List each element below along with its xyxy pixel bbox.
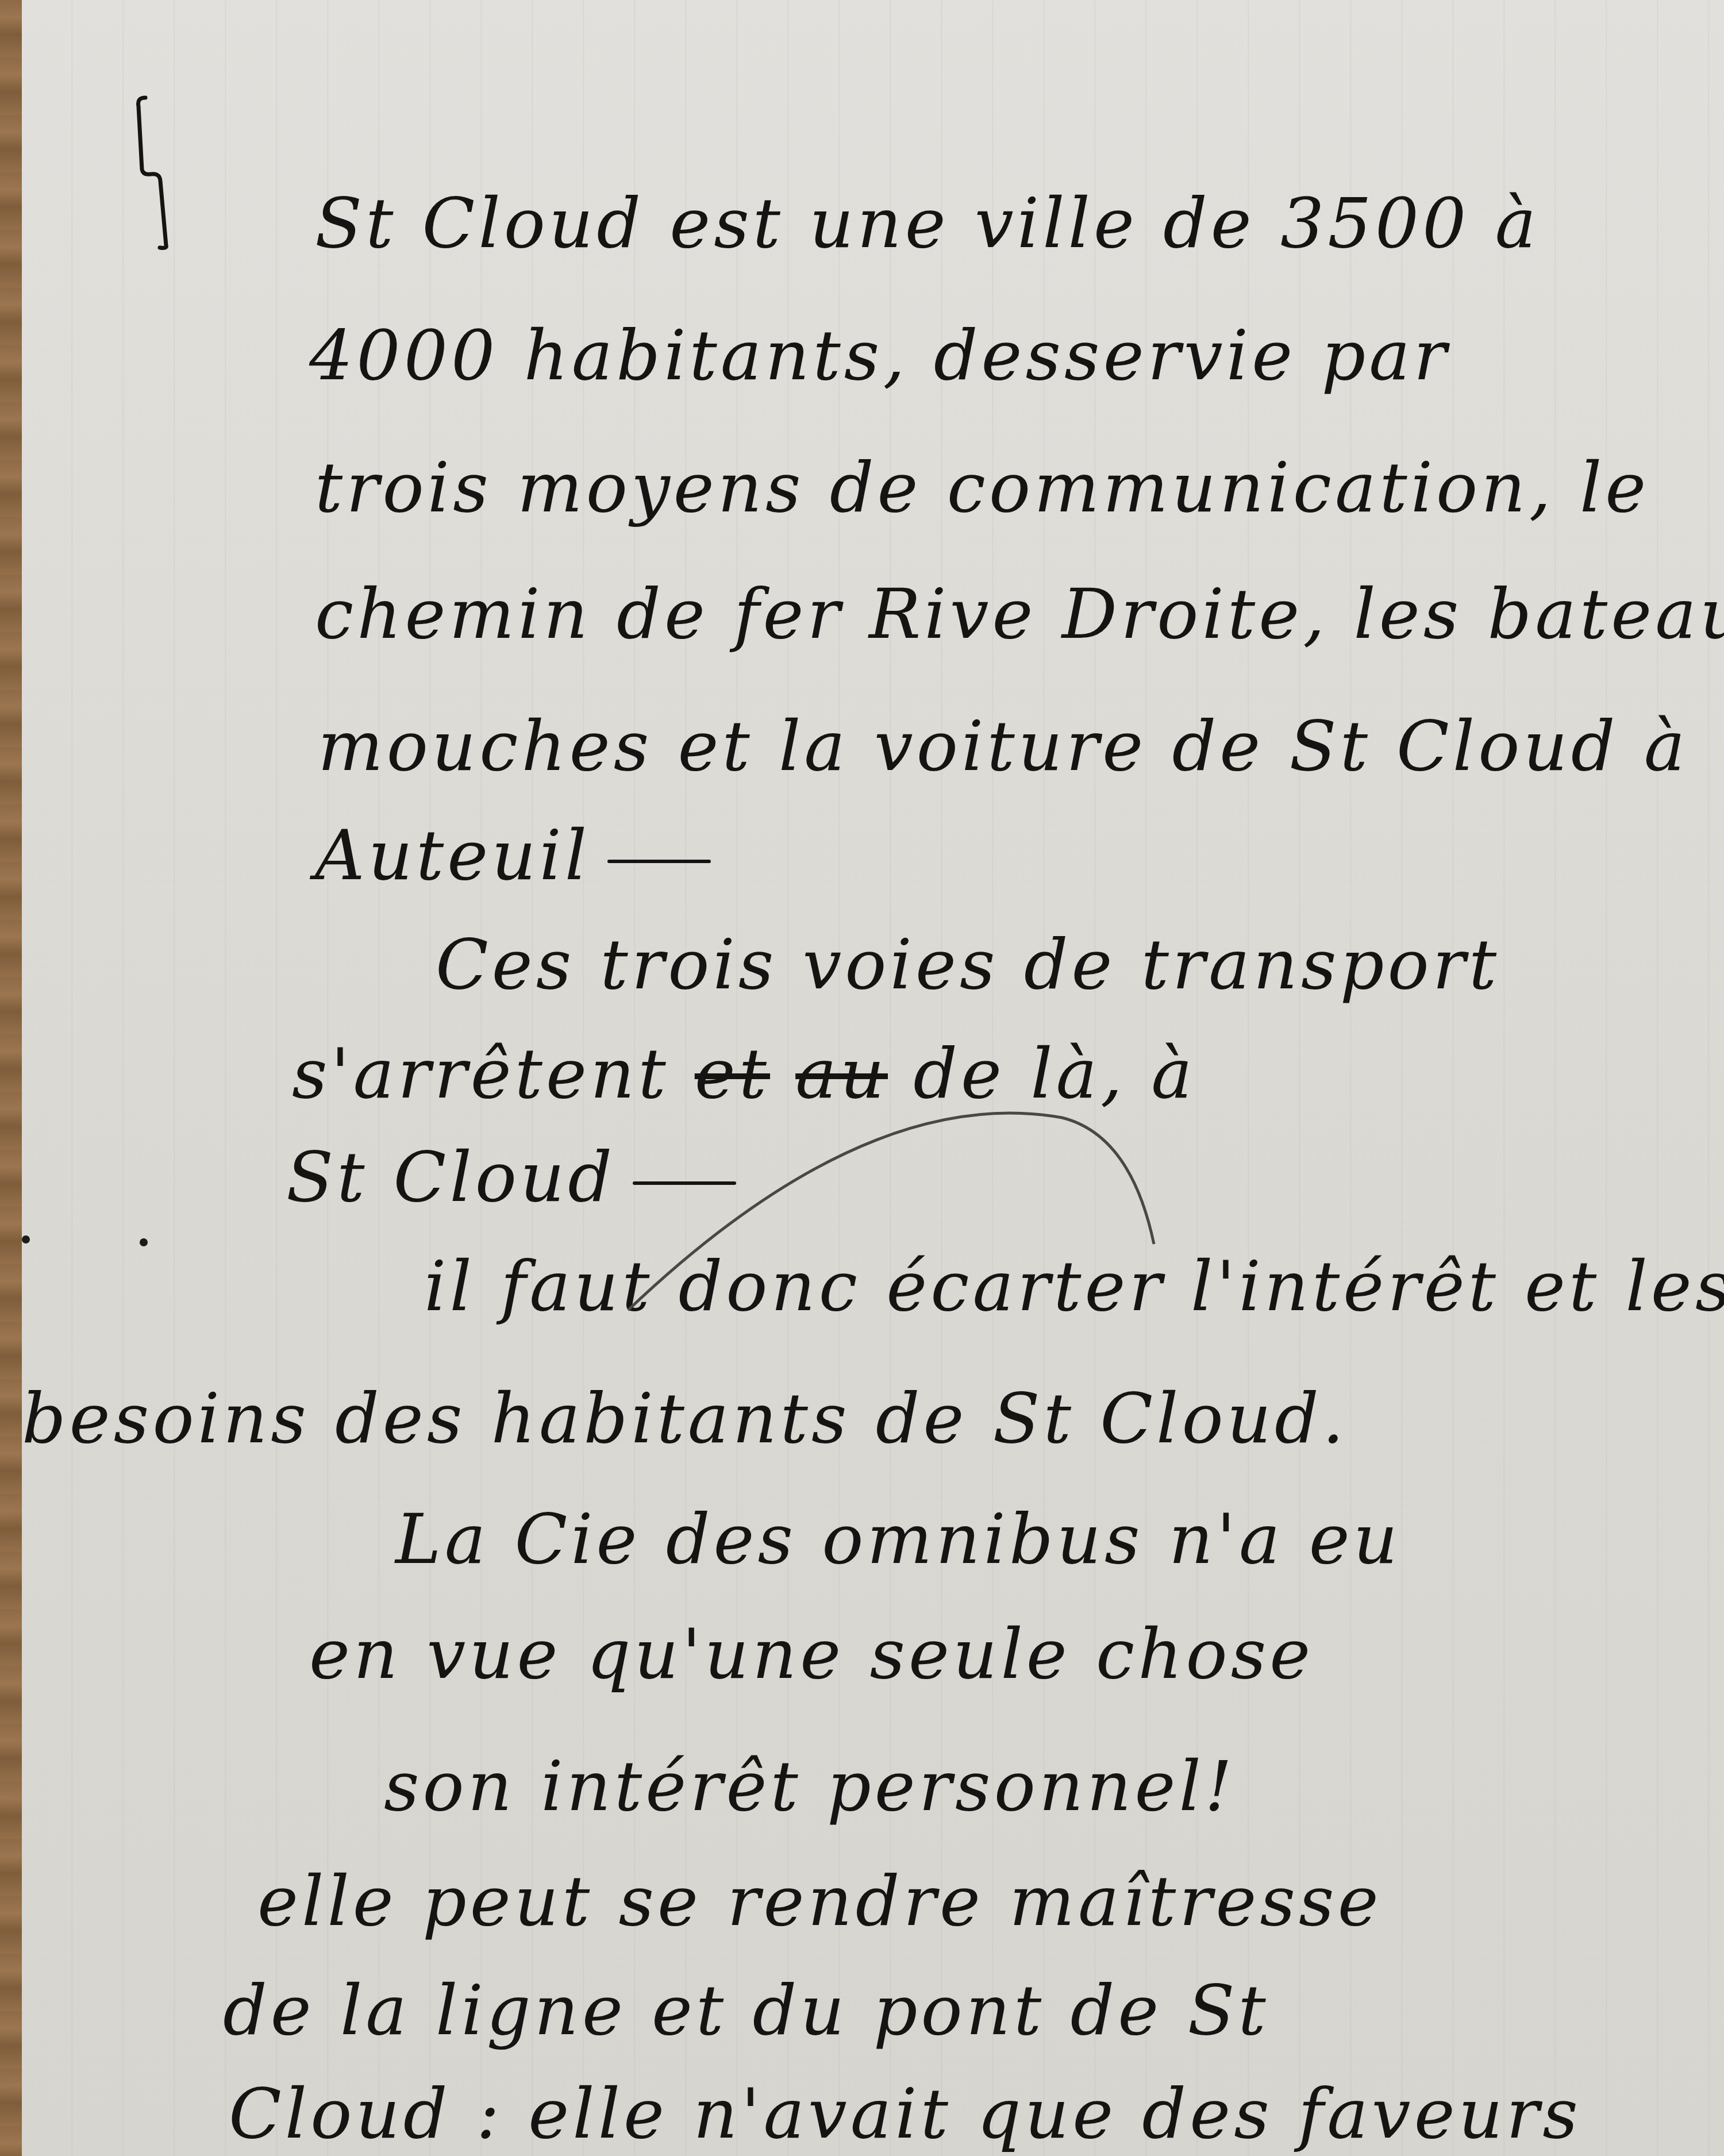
- manuscript-page: St Cloud est une ville de 3500 à 4000 ha…: [22, 0, 1724, 2156]
- line-text: La Cie des omnibus n'a eu: [395, 1500, 1401, 1580]
- manuscript-line: de la ligne et du pont de St: [223, 1977, 1269, 2046]
- desk-surface-edge: [0, 0, 22, 2156]
- manuscript-line: elle peut se rendre maîtresse: [257, 1868, 1382, 1936]
- manuscript-line: mouches et la voiture de St Cloud à: [318, 713, 1688, 781]
- line-text: Cloud : elle n'avait que des faveurs: [229, 2074, 1581, 2154]
- manuscript-line: en vue qu'une seule chose: [309, 1620, 1314, 1689]
- margin-bracket-icon: [134, 95, 174, 250]
- insertion-arc-mark: [625, 1106, 1372, 1313]
- line-text: elle peut se rendre maîtresse: [257, 1862, 1382, 1942]
- line-text: mouches et la voiture de St Cloud à: [318, 707, 1688, 787]
- line-text: son intérêt personnel!: [384, 1747, 1236, 1827]
- ink-dot: [140, 1238, 148, 1246]
- line-text: trois moyens de communication, le: [315, 448, 1649, 528]
- line-text: 4000 habitants, desservie par: [309, 316, 1450, 396]
- manuscript-line: St Cloud est une ville de 3500 à: [315, 190, 1540, 259]
- manuscript-line: La Cie des omnibus n'a eu: [395, 1506, 1401, 1574]
- manuscript-line: besoins des habitants de St Cloud.: [22, 1385, 1348, 1454]
- line-text: chemin de fer Rive Droite, les bateaux: [315, 575, 1724, 654]
- manuscript-line: 4000 habitants, desservie par: [309, 322, 1450, 391]
- line-text: s'arrêtent: [292, 1034, 669, 1114]
- struck-word: au: [795, 1034, 888, 1114]
- line-text: besoins des habitants de St Cloud.: [22, 1379, 1348, 1459]
- manuscript-line: Cloud : elle n'avait que des faveurs: [229, 2080, 1581, 2149]
- line-text: St Cloud est une ville de 3500 à: [315, 184, 1540, 264]
- dash-mark: [607, 860, 711, 863]
- ink-dot: [22, 1235, 30, 1243]
- manuscript-line: Ces trois voies de transport: [436, 931, 1500, 1000]
- manuscript-line: chemin de fer Rive Droite, les bateaux: [315, 580, 1724, 649]
- line-text: de la ligne et du pont de St: [223, 1971, 1269, 2051]
- manuscript-line: s'arrêtent et au de là, à: [292, 1040, 1196, 1109]
- line-text: en vue qu'une seule chose: [309, 1615, 1314, 1695]
- struck-word: et: [695, 1034, 770, 1114]
- line-text: Auteuil: [315, 816, 590, 896]
- manuscript-line: son intérêt personnel!: [384, 1753, 1236, 1822]
- line-text: de là, à: [913, 1034, 1196, 1114]
- manuscript-line: Auteuil: [315, 822, 711, 891]
- line-text: Ces trois voies de transport: [436, 925, 1500, 1005]
- line-text: St Cloud: [286, 1138, 615, 1218]
- manuscript-line: trois moyens de communication, le: [315, 454, 1649, 523]
